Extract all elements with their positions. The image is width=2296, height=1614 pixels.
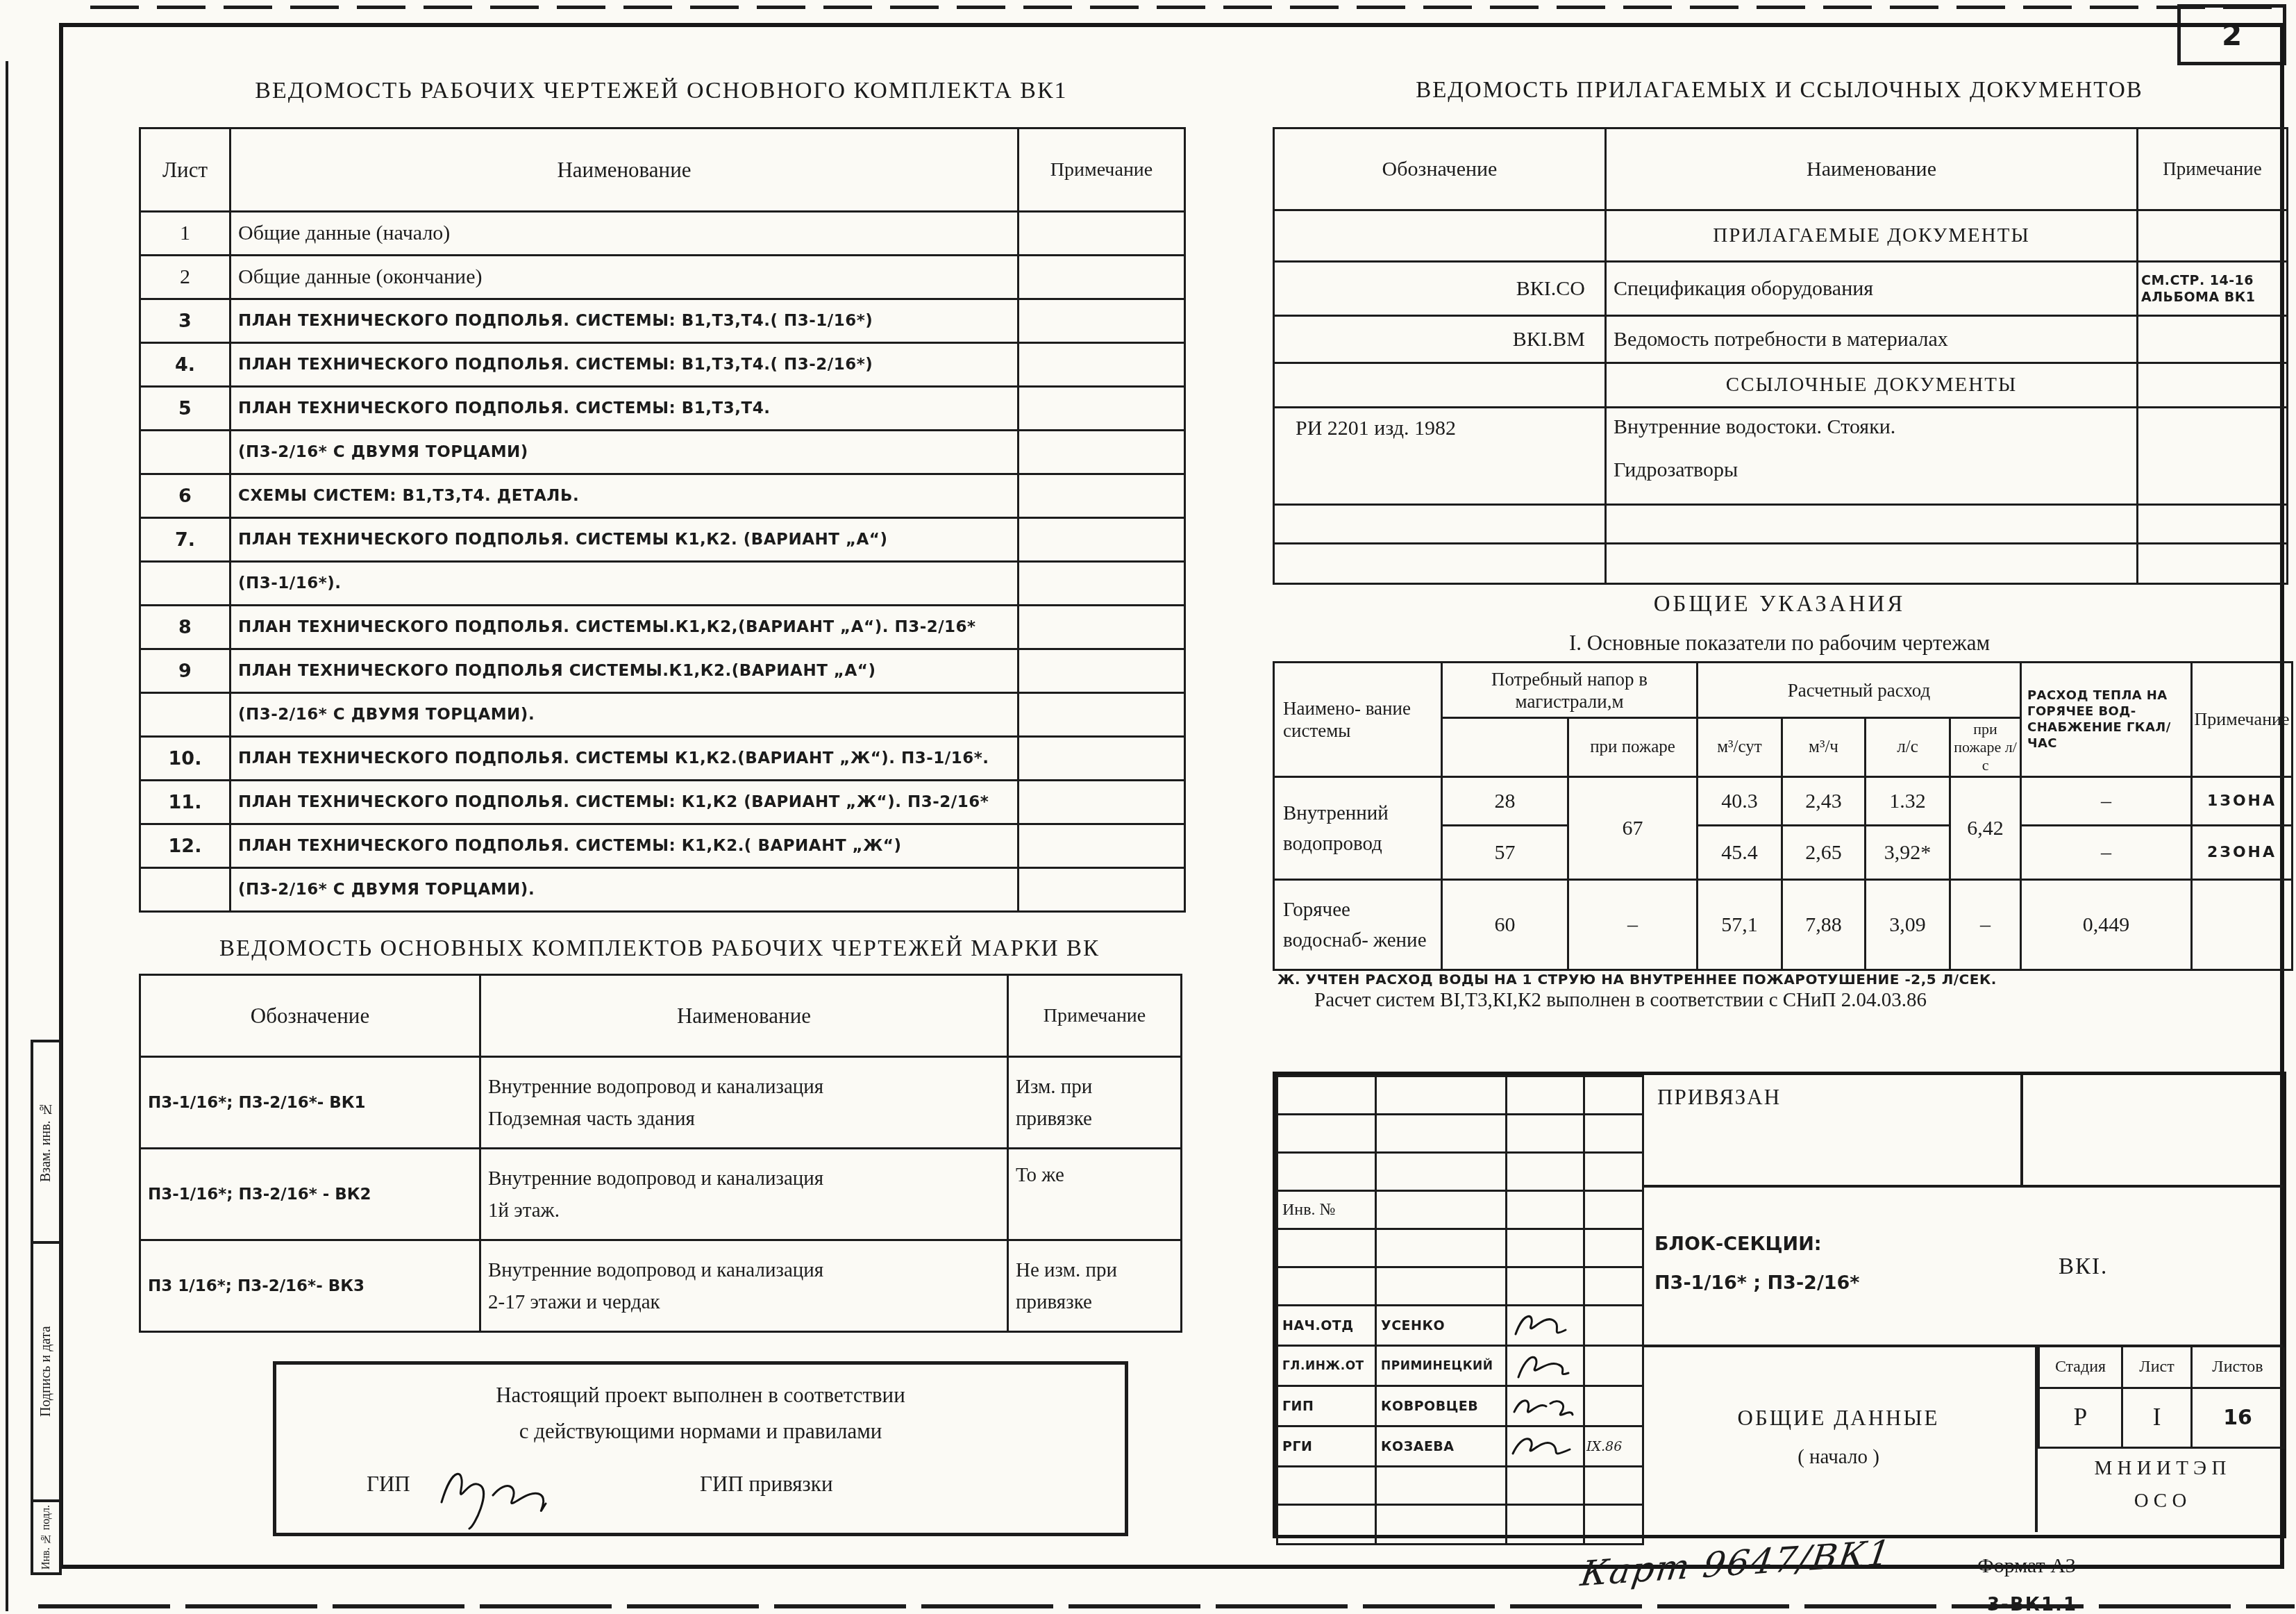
sheet-header: Лист [2122,1347,2192,1388]
sheet-left-edge [6,61,8,1611]
header-napor-main [1442,718,1568,777]
header-note: Примечание [2192,663,2293,777]
cell-sheet: 4. [140,343,231,387]
cell-ch: 7,88 [1782,880,1866,970]
docs-title: ВЕДОМОСТЬ ПРИЛАГАЕМЫХ И ССЫЛОЧНЫХ ДОКУМЕ… [1273,78,2286,103]
row: 8План технического подполья. Системы.К1,… [140,606,1185,649]
cell [1584,1346,1643,1386]
row [1277,1505,1643,1545]
calc-note: Расчет систем ВI,Т3,КI,К2 выполнен в соо… [1314,989,2286,1012]
row: 9План технического подполья Системы.К1,К… [140,649,1185,693]
cell [1376,1229,1507,1267]
header-ch: м³/ч [1782,718,1866,777]
cell-note [1019,868,1185,912]
cell [1376,1267,1507,1306]
divider [2020,1075,2023,1188]
name-line2: 2-17 этажи и чердак [488,1286,1000,1318]
sheet-value: I [2122,1388,2192,1447]
name-line2: Подземная часть здания [488,1103,1000,1135]
doc-title-line2: ( начало ) [1642,1446,2035,1469]
row: ССЫЛОЧНЫЕ ДОКУМЕНТЫ [1274,363,2288,408]
cell-note [1019,518,1185,562]
role-label: Нач.отд [1277,1306,1376,1346]
note-line2: привязке [1016,1103,1173,1135]
cell-sheet: 10. [140,737,231,781]
cell-sheet: 2 [140,256,231,299]
cell-sheet: 5 [140,387,231,431]
col-header-note: Примечание [1019,128,1185,212]
system-name-line2: водопровод [1283,829,1436,859]
cell-code: П3-1/16*; П3-2/16* - ВК2 [140,1149,480,1240]
cell [1376,1191,1507,1229]
cell-napor: 28 [1442,777,1568,826]
row: Горячее водоснаб- жение 60 – 57,1 7,88 3… [1274,880,2293,970]
sheets-header: Листов [2192,1347,2284,1388]
row: ВКI.СО Спецификация оборудования см.стр.… [1274,262,2288,316]
sidebar-cell-inv: Инв. № подл. [31,1502,62,1575]
cell [1507,1505,1584,1545]
row: 2Общие данные (окончание) [140,256,1185,299]
section-referenced: ССЫЛОЧНЫЕ ДОКУМЕНТЫ [1606,363,2138,408]
header-ls: л/с [1866,718,1950,777]
ws-main-table: Лист Наименование Примечание 1Общие данн… [139,127,1186,913]
cell-heat: – [2021,826,2192,880]
cell [1584,1306,1643,1346]
cell-sheet: 9 [140,649,231,693]
row: 4.План технического подполья. Системы: В… [140,343,1185,387]
cell-note [2138,544,2288,584]
stage-table: Стадия Лист Листов Р I 16 [2038,1347,2285,1449]
row: Обозначение Наименование Примечание [140,975,1182,1057]
cell-note: 1зона [2192,777,2293,826]
name-line2: 1й этаж. [488,1195,1000,1226]
sidebar-label-vzam: Взам. инв. № [33,1042,59,1241]
row: (П3-2/16* с двумя торцами). [140,868,1185,912]
cell [1584,1229,1643,1267]
cell-name: Спецификация оборудования [1606,262,2138,316]
section-attached: ПРИЛАГАЕМЫЕ ДОКУМЕНТЫ [1606,210,2138,262]
cell-name: (П3-2/16* с двумя торцами). [231,868,1019,912]
cell-sheet [140,431,231,474]
cell-name: План технического подполья. Системы: В1,… [231,387,1019,431]
cell-note: Не изм. при привязке [1008,1240,1182,1332]
row: 6Схемы систем: В1,Т3,Т4. Деталь. [140,474,1185,518]
name-line1: Внутренние водопровод и канализация [488,1254,1000,1286]
row: 10.План технического подполья. Системы К… [140,737,1185,781]
cell-name: Ведомость потребности в материалах [1606,316,2138,363]
signature-cell [1507,1386,1584,1426]
role-label: Гл.инж.от [1277,1346,1376,1386]
sidebar-cell-vzam: Взам. инв. № [31,1040,62,1244]
cell-code: ВКI.ВМ [1274,316,1606,363]
col-header-code: Обозначение [140,975,480,1057]
cell [1376,1467,1507,1505]
doc-title-cell: ОБЩИЕ ДАННЫЕ ( начало ) [1642,1347,2038,1532]
cell-name: Общие данные (начало) [231,212,1019,256]
sheets-value: 16 [2192,1388,2284,1447]
row [1277,1076,1643,1115]
col-header-name: Наименование [480,975,1008,1057]
cell [1376,1505,1507,1545]
cell [1376,1153,1507,1191]
cell-sheet: 11. [140,781,231,824]
set-code: ВКI. [2059,1254,2108,1280]
block-section-cell: Блок-секции: П3-1/16* ; П3-2/16* ВКI. [1642,1188,2283,1347]
org-cell: М Н И И Т Э П О С О [2038,1449,2283,1533]
cell [1584,1115,1643,1153]
cell-name: План технического подполья. Системы.К1,К… [231,606,1019,649]
block-section-line2: П3-1/16* ; П3-2/16* [1654,1272,1859,1294]
cell-note: То же [1008,1149,1182,1240]
block-section-line1: Блок-секции: [1654,1233,1822,1255]
cell-ls: 3,09 [1866,880,1950,970]
cell-heat: – [2021,777,2192,826]
attached-cell: ПРИВЯЗАН [1642,1075,2283,1188]
cell-ch: 2,43 [1782,777,1866,826]
indicators-table: Наимено- вание системы Потребный напор в… [1273,661,2293,971]
name-line1: Внутренние водопровод и канализация [488,1163,1000,1195]
cell-note [1019,431,1185,474]
cell-note: см.стр. 14-16 альбома ВК1 [2138,262,2288,316]
cell [1584,1076,1643,1115]
row: 5План технического подполья. Системы: В1… [140,387,1185,431]
cell-note [1019,212,1185,256]
cell-sut: 45.4 [1698,826,1782,880]
stage-org-cell: Стадия Лист Листов Р I 16 М Н И И Т Э П … [2038,1347,2283,1532]
row [1277,1115,1643,1153]
cell-name: План технического подполья. Системы К1,К… [231,737,1019,781]
cell-code: ВКI.СО [1274,262,1606,316]
col-header-code: Обозначение [1274,128,1606,210]
row: (П3-1/16*). [140,562,1185,606]
cell-note [1019,737,1185,781]
row: (П3-2/16* с двумя торцами). [140,693,1185,737]
stage-value: Р [2039,1388,2122,1447]
ws-marks-table: Обозначение Наименование Примечание П3-1… [139,974,1182,1333]
row: ВКI.ВМ Ведомость потребности в материала… [1274,316,2288,363]
cell [1584,1467,1643,1505]
row: 1Общие данные (начало) [140,212,1185,256]
cell-name: Схемы систем: В1,Т3,Т4. Деталь. [231,474,1019,518]
cell-ls: 3,92* [1866,826,1950,880]
cell-sheet: 8 [140,606,231,649]
signature-gip [1507,1387,1577,1422]
row: Обозначение Наименование Примечание [1274,128,2288,210]
cell-sheet [140,868,231,912]
gip-label: ГИП [367,1472,410,1497]
inv-number-label: Инв. № [1277,1191,1376,1229]
note-line2: привязке [1016,1286,1173,1318]
cell-note [1019,256,1185,299]
row: РИ 2201 изд. 1982 Внутренние водостоки. … [1274,408,2288,505]
cell-name: (П3-2/16* с двумя торцами). [231,693,1019,737]
row [1277,1267,1643,1306]
ws-marks-title: ВЕДОМОСТЬ ОСНОВНЫХ КОМПЛЕКТОВ РАБОЧИХ ЧЕ… [139,936,1180,962]
role-label: ГИП [1277,1386,1376,1426]
gip-signature [429,1459,610,1531]
sheet-code-annotation: 3-ВК1.1 [1987,1595,2077,1614]
cell-note [1019,343,1185,387]
cell [1277,1115,1376,1153]
row: 11.План технического подполья. Системы: … [140,781,1185,824]
header-system-name: Наимено- вание системы [1274,663,1442,777]
cell-code [1274,544,1606,584]
cell [1584,1267,1643,1306]
compliance-box: Настоящий проект выполнен в соответствии… [273,1361,1128,1536]
cell [1584,1386,1643,1426]
row: ПРИЛАГАЕМЫЕ ДОКУМЕНТЫ [1274,210,2288,262]
format-annotation: Формат А3 [1977,1554,2076,1578]
cell-note: 2зона [2192,826,2293,880]
row [1274,544,2288,584]
sheet-top-edge [90,6,2284,9]
signature-cell [1507,1346,1584,1386]
col-header-note: Примечание [2138,128,2288,210]
note-line2: альбома ВК1 [2141,289,2284,306]
cell-name: Общие данные (окончание) [231,256,1019,299]
cell-sheet: 7. [140,518,231,562]
row: 7.План технического подполья. Системы К1… [140,518,1185,562]
cell [1507,1153,1584,1191]
cell-napor: 60 [1442,880,1568,970]
row: Р I 16 [2039,1388,2284,1447]
cell-note [1019,562,1185,606]
note-line1: см.стр. 14-16 [2141,272,2284,289]
role-label: РГИ [1277,1426,1376,1467]
cell-name: План технического подполья. Системы: К1,… [231,824,1019,868]
cell-name: План технического подполья. Системы К1,К… [231,518,1019,562]
cell [1277,1467,1376,1505]
cell [1507,1115,1584,1153]
name-line2: Гидрозатворы [1614,458,2129,482]
cell-note [1019,299,1185,343]
name-line1: Внутренние водопровод и канализация [488,1071,1000,1103]
cell [1277,1505,1376,1545]
row: Гл.инж.от Приминецкий [1277,1346,1643,1386]
role-name: Ковровцев [1376,1386,1507,1426]
row: Стадия Лист Листов [2039,1347,2284,1388]
cell [1277,1267,1376,1306]
signature-glinzh [1507,1347,1577,1381]
row: РГИ Козаева IX.86 [1277,1426,1643,1467]
cell [1584,1153,1643,1191]
cell [1507,1191,1584,1229]
cell-name: Внутренние водопровод и канализация Подз… [480,1057,1008,1149]
row [1274,505,2288,544]
role-name: Приминецкий [1376,1346,1507,1386]
cell-sut: 40.3 [1698,777,1782,826]
cell-system-name: Внутренний водопровод [1274,777,1442,880]
cell [1507,1229,1584,1267]
sidebar-strip: Взам. инв. № Подпись и дата Инв. № подл. [31,1040,62,1575]
cell-note [2138,316,2288,363]
header-fire-ls: при пожаре л/с [1950,718,2021,777]
cell-name [1606,544,2138,584]
sidebar-cell-podpis: Подпись и дата [31,1244,62,1502]
cell-name [1606,505,2138,544]
name-line1: Внутренние водостоки. Стояки. [1614,415,2129,439]
cell [1507,1076,1584,1115]
header-napor-fire: при пожаре [1568,718,1698,777]
row [1277,1229,1643,1267]
row: Лист Наименование Примечание [140,128,1185,212]
cell-note [2138,408,2288,505]
cell [1584,1505,1643,1545]
cell [1376,1115,1507,1153]
cell-ls: 1.32 [1866,777,1950,826]
cell [1277,1153,1376,1191]
signature-date: IX.86 [1584,1426,1643,1467]
row: П3-1/16*; П3-2/16*- ВК1 Внутренние водоп… [140,1057,1182,1149]
header-sut: м³/сут [1698,718,1782,777]
stamp-signature-grid: Инв. № Нач.отд Усенко Гл.инж.от Приминец… [1276,1075,1644,1545]
row: Нач.отд Усенко [1277,1306,1643,1346]
sidebar-label-inv: Инв. № подл. [33,1502,59,1572]
cell-name: Внутренние водостоки. Стояки. Гидрозатво… [1606,408,2138,505]
cell-name: (П3-1/16*). [231,562,1019,606]
cell-sheet: 6 [140,474,231,518]
row: П3-1/16*; П3-2/16* - ВК2 Внутренние водо… [140,1149,1182,1240]
cell [1507,1267,1584,1306]
cell-note [1019,387,1185,431]
header-heat: Расход тепла на горячее вод-снабжение Гк… [2021,663,2192,777]
cell-sut: 57,1 [1698,880,1782,970]
cell-note [2192,880,2293,970]
doc-title-line1: ОБЩИЕ ДАННЫЕ [1642,1406,2035,1431]
general-subheading: I. Основные показатели по рабочим чертеж… [1273,631,2286,656]
docs-table: Обозначение Наименование Примечание ПРИЛ… [1273,127,2288,585]
cell-code [1274,363,1606,408]
cell-note [1019,693,1185,737]
indicators-footnote: ж. Учтен расход воды на 1 струю на внутр… [1277,971,2284,988]
row: Инв. № [1277,1191,1643,1229]
cell-name: План технического подполья. Системы: В1,… [231,299,1019,343]
cell-name: (П3-2/16* с двумя торцами) [231,431,1019,474]
ws-main-title: ВЕДОМОСТЬ РАБОЧИХ ЧЕРТЕЖЕЙ ОСНОВНОГО КОМ… [139,78,1184,104]
row: Внутренний водопровод 28 67 40.3 2,43 1.… [1274,777,2293,826]
cell [1277,1229,1376,1267]
cell-fire-ls: – [1950,880,2021,970]
row: П3 1/16*; П3-2/16*- ВК3 Внутренние водоп… [140,1240,1182,1332]
note-line1: То же [1016,1159,1173,1191]
system-name-line1: Внутренний [1283,798,1436,829]
cell-name: Внутренние водопровод и канализация 2-17… [480,1240,1008,1332]
row [1277,1467,1643,1505]
cell-sheet: 3 [140,299,231,343]
stage-header: Стадия [2039,1347,2122,1388]
note-line1: Не изм. при [1016,1254,1173,1286]
cell-sheet [140,562,231,606]
attached-label: ПРИВЯЗАН [1657,1085,1781,1110]
header-napor-group: Потребный напор в магистрали,м [1442,663,1698,718]
org-line2: О С О [2038,1490,2283,1513]
row: 12.План технического подполья. Системы: … [140,824,1185,868]
cell-code [1274,210,1606,262]
cell-code: П3 1/16*; П3-2/16*- ВК3 [140,1240,480,1332]
cell-sheet [140,693,231,737]
sidebar-label-podpis: Подпись и дата [33,1244,59,1499]
stamp-right-area: ПРИВЯЗАН Блок-секции: П3-1/16* ; П3-2/16… [1642,1075,2283,1535]
cell-fire: – [1568,880,1698,970]
cell-name: План технического подполья Системы.К1,К2… [231,649,1019,693]
general-heading: ОБЩИЕ УКАЗАНИЯ [1273,592,2286,617]
col-header-note: Примечание [1008,975,1182,1057]
row: 3План технического подполья. Системы: В1… [140,299,1185,343]
cell-name: Внутренние водопровод и канализация 1й э… [480,1149,1008,1240]
cell-sheet: 12. [140,824,231,868]
col-header-name: Наименование [231,128,1019,212]
row: ГИП Ковровцев [1277,1386,1643,1426]
col-header-name: Наименование [1606,128,2138,210]
compliance-line1: Настоящий проект выполнен в соответствии [276,1383,1125,1408]
cell-note [1019,606,1185,649]
gip-attach-label: ГИП привязки [700,1472,833,1497]
cell [1584,1191,1643,1229]
cell-code: П3-1/16*; П3-2/16*- ВК1 [140,1057,480,1149]
header-rashod-group: Расчетный расход [1698,663,2021,718]
cell-note [1019,824,1185,868]
cell [1376,1076,1507,1115]
title-block: Инв. № Нач.отд Усенко Гл.инж.от Приминец… [1273,1072,2286,1538]
sheet-bottom-edge [38,1604,2295,1608]
signature-rgi [1507,1427,1577,1462]
cell-code: РИ 2201 изд. 1982 [1274,408,1606,505]
cell-fire: 67 [1568,777,1698,880]
cell-sheet: 1 [140,212,231,256]
row: Наимено- вание системы Потребный напор в… [1274,663,2293,718]
signature-cell [1507,1426,1584,1467]
cell-note [1019,649,1185,693]
signature-cell [1507,1306,1584,1346]
org-line1: М Н И И Т Э П [2038,1457,2283,1480]
cell-name: План технического подполья. Системы: В1,… [231,343,1019,387]
role-name: Усенко [1376,1306,1507,1346]
scanned-drawing-sheet: { "page": { "number": "2", "card": "Карт… [0,0,2296,1614]
cell [1507,1467,1584,1505]
cell-system-name: Горячее водоснаб- жение [1274,880,1442,970]
note-line1: Изм. при [1016,1071,1173,1103]
cell-napor: 57 [1442,826,1568,880]
cell-note [2138,210,2288,262]
cell-note [1019,474,1185,518]
signature-nachotd [1507,1306,1577,1341]
cell-ch: 2,65 [1782,826,1866,880]
cell-note [2138,363,2288,408]
compliance-line2: с действующими нормами и правилами [276,1419,1125,1444]
col-header-sheet: Лист [140,128,231,212]
cell [1277,1076,1376,1115]
cell-note [1019,781,1185,824]
role-name: Козаева [1376,1426,1507,1467]
cell-fire-ls: 6,42 [1950,777,2021,880]
row [1277,1153,1643,1191]
stamp-bottom-band: ОБЩИЕ ДАННЫЕ ( начало ) Стадия Лист Лист… [1642,1347,2283,1532]
cell-name: План технического подполья. Системы: К1,… [231,781,1019,824]
cell-code [1274,505,1606,544]
cell-note [2138,505,2288,544]
row: (П3-2/16* с двумя торцами) [140,431,1185,474]
cell-note: Изм. при привязке [1008,1057,1182,1149]
cell-heat: 0,449 [2021,880,2192,970]
